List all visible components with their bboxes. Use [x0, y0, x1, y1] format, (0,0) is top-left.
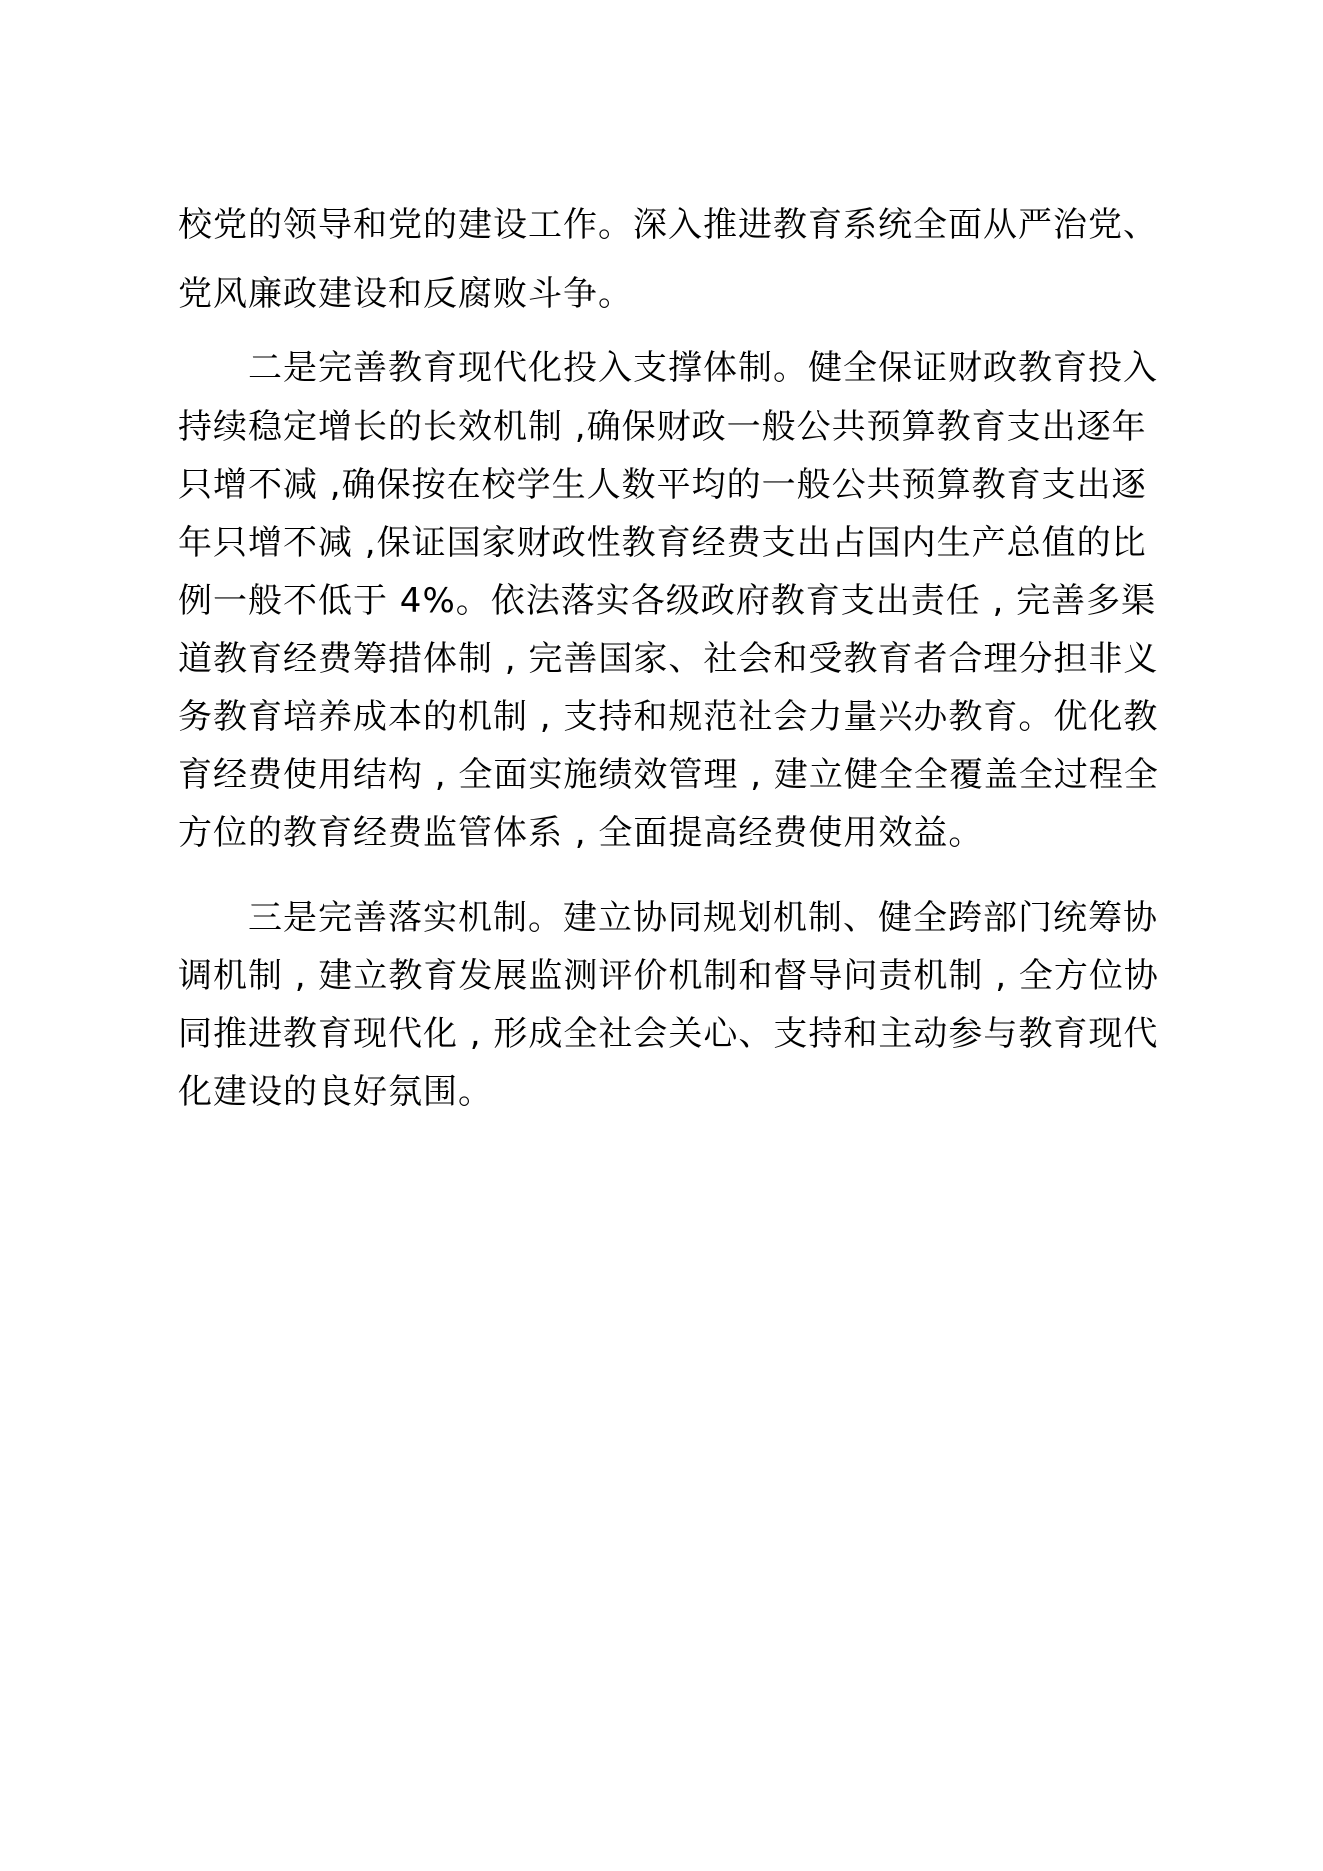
text-line: 道教育经费筹措体制 , 完善国家、社会和受教育者合理分担非义: [178, 630, 1168, 688]
text-line: 只增不减 ,确保按在校学生人数平均的一般公共预算教育支出逐: [178, 456, 1168, 514]
text-line: 校党的领导和党的建设工作。深入推进教育系统全面从严治党、: [178, 196, 1168, 254]
text-line: 二是完善教育现代化投入支撑体制。健全保证财政教育投入: [248, 339, 1168, 397]
document-page: 校党的领导和党的建设工作。深入推进教育系统全面从严治党、 党风廉政建设和反腐败斗…: [0, 0, 1323, 1871]
text-line: 务教育培养成本的机制 , 支持和规范社会力量兴办教育。优化教: [178, 688, 1168, 746]
text-line: 例一般不低于 4%。依法落实各级政府教育支出责任 , 完善多渠: [178, 572, 1168, 630]
text-line: 持续稳定增长的长效机制 ,确保财政一般公共预算教育支出逐年: [178, 398, 1168, 456]
text-line: 三是完善落实机制。建立协同规划机制、健全跨部门统筹协: [248, 889, 1168, 947]
text-line: 育经费使用结构 , 全面实施绩效管理 , 建立健全全覆盖全过程全: [178, 746, 1168, 804]
text-line: 调机制 , 建立教育发展监测评价机制和督导问责机制 , 全方位协: [178, 947, 1168, 1005]
text-line: 年只增不减 ,保证国家财政性教育经费支出占国内生产总值的比: [178, 514, 1168, 572]
text-line: 同推进教育现代化 , 形成全社会关心、支持和主动参与教育现代: [178, 1005, 1168, 1063]
text-line: 党风廉政建设和反腐败斗争。: [178, 265, 1168, 323]
text-line: 方位的教育经费监管体系 , 全面提高经费使用效益。: [178, 804, 1168, 862]
text-line: 化建设的良好氛围。: [178, 1063, 1168, 1121]
